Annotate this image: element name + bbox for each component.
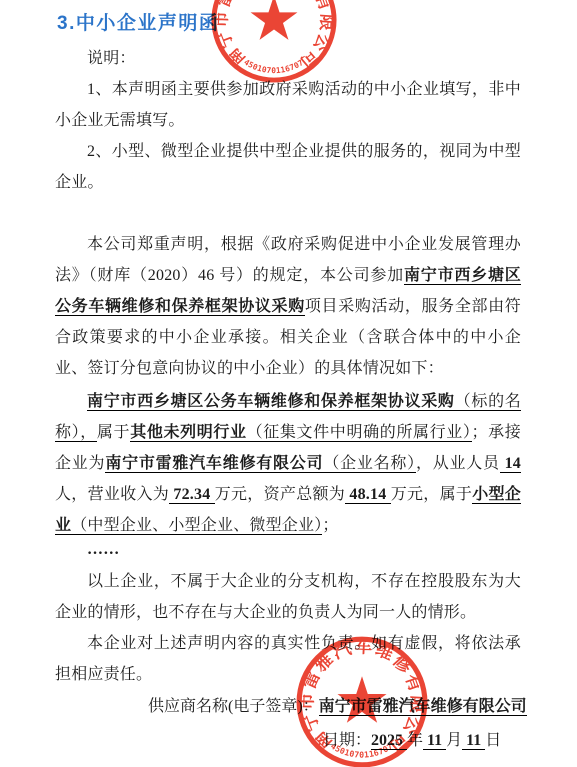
text-run: 属于 [97, 424, 130, 441]
notes-heading: 说明： [55, 43, 521, 74]
declaration-detail-paragraph: 南宁市西乡塘区公务车辆维修和保养框架协议采购（标的名称），属于其他未列明行业（征… [55, 386, 521, 541]
declaration-intro-paragraph: 本公司郑重声明，根据《政府采购促进中小企业发展管理办法》（财库（2020）46 … [55, 229, 521, 384]
text-run: （企业名称） [323, 455, 416, 473]
text-run: 14 [500, 455, 521, 473]
text-run: 月 [446, 732, 462, 749]
text-run: （中型企业、小型企业、微型企业） [71, 517, 322, 535]
text-run: 其他未列明行业 [130, 424, 246, 442]
ellipsis-line: …… [55, 534, 521, 565]
text-run: 万元，资产总额为 [215, 486, 345, 503]
note-item-1: 1、本声明函主要供参加政府采购活动的中小企业填写，非中小企业无需填写。 [55, 74, 521, 136]
text-run: （征集文件中明确的所属行业） [247, 424, 472, 442]
text-run: 日 [485, 732, 501, 749]
date-line: 日期：2025 年 11 月 11 日 [323, 725, 501, 756]
text-run: 日期： [323, 732, 371, 749]
note-item-2: 2、小型、微型企业提供中型企业提供的服务的，视同为中型企业。 [55, 136, 521, 198]
supplier-signature-line: 供应商名称(电子签章)：南宁市雷雅汽车维修有限公司 [148, 691, 527, 722]
no-branch-paragraph: 以上企业，不属于大企业的分支机构，不存在控股股东为大企业的情形，也不存在与大企业… [55, 566, 521, 628]
text-run: 11 [462, 732, 485, 750]
text-run: 48.14 [345, 486, 391, 504]
text-run: ； [322, 517, 338, 534]
text-run: 年 [407, 732, 423, 749]
sme-declaration-document: 3.中小企业声明函 说明： 1、本声明函主要供参加政府采购活动的中小企业填写，非… [0, 0, 577, 767]
text-run: 人，营业收入为 [55, 486, 169, 503]
page-title: 3.中小企业声明函 [57, 8, 219, 35]
supplier-label: 供应商名称(电子签章)： [148, 698, 319, 715]
text-run: 11 [423, 732, 446, 750]
liability-paragraph: 本企业对上述声明内容的真实性负责。如有虚假，将依法承担相应责任。 [55, 628, 521, 690]
text-run: 南宁市雷雅汽车维修有限公司 [105, 455, 323, 473]
text-run: 72.34 [169, 486, 215, 504]
text-run: 南宁市西乡塘区公务车辆维修和保养框架协议采购 [87, 393, 455, 411]
text-run: 2025 [371, 732, 407, 750]
text-run: 万元，属于 [391, 486, 473, 503]
supplier-company-name: 南宁市雷雅汽车维修有限公司 [319, 698, 527, 716]
seal-star-icon [251, 0, 298, 40]
text-run: ，从业人员 [416, 455, 500, 472]
